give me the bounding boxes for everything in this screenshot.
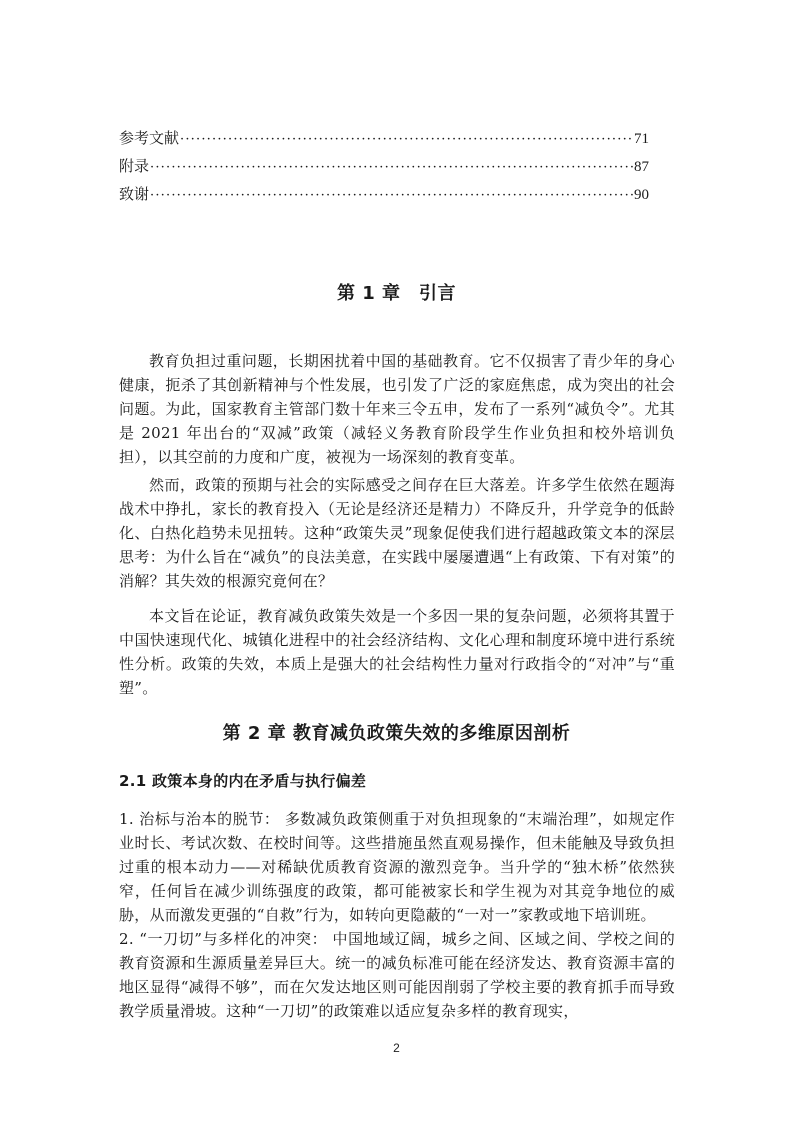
toc-entry-page: 87: [634, 153, 649, 181]
intro-paragraph-1: 教育负担过重问题，长期困扰着中国的基础教育。它不仅损害了青少年的身心健康，扼杀了…: [119, 349, 675, 469]
toc-entry-page: 71: [634, 125, 649, 153]
toc-entry-label: 致谢: [119, 180, 149, 208]
chapter-2-title: 第 2 章 教育减负政策失效的多维原因剖析: [0, 719, 793, 745]
toc-leader-dots: ········································…: [150, 182, 633, 210]
toc-leader-dots: ········································…: [180, 126, 633, 154]
chapter-1-title: 第 1 章 引言: [0, 279, 793, 305]
toc-entry-label: 参考文献: [119, 124, 179, 152]
table-of-contents: 参考文献 ···································…: [119, 124, 649, 208]
toc-entry-references[interactable]: 参考文献 ···································…: [119, 124, 649, 152]
intro-paragraph-3: 本文旨在论证，教育减负政策失效是一个多因一果的复杂问题，必须将其置于中国快速现代…: [119, 604, 675, 700]
section-2-1-title: 2.1 政策本身的内在矛盾与执行偏差: [119, 770, 366, 791]
list-item: 1. 治标与治本的脱节： 多数减负政策侧重于对负担现象的“末端治理”，如规定作业…: [119, 807, 675, 927]
page-number: 2: [0, 1041, 793, 1055]
toc-leader-dots: ········································…: [150, 154, 633, 182]
toc-entry-page: 90: [634, 181, 649, 209]
section-2-1-list: 1. 治标与治本的脱节： 多数减负政策侧重于对负担现象的“末端治理”，如规定作业…: [119, 807, 675, 1023]
toc-entry-appendix[interactable]: 附录 ·····································…: [119, 152, 649, 180]
toc-entry-acknowledgements[interactable]: 致谢 ·····································…: [119, 180, 649, 208]
document-page: 参考文献 ···································…: [0, 0, 793, 1122]
intro-paragraph-2: 然而，政策的预期与社会的实际感受之间存在巨大落差。许多学生依然在题海战术中挣扎，…: [119, 473, 675, 593]
list-item: 2. “一刀切”与多样化的冲突： 中国地域辽阔，城乡之间、区域之间、学校之间的教…: [119, 927, 675, 1023]
toc-entry-label: 附录: [119, 152, 149, 180]
